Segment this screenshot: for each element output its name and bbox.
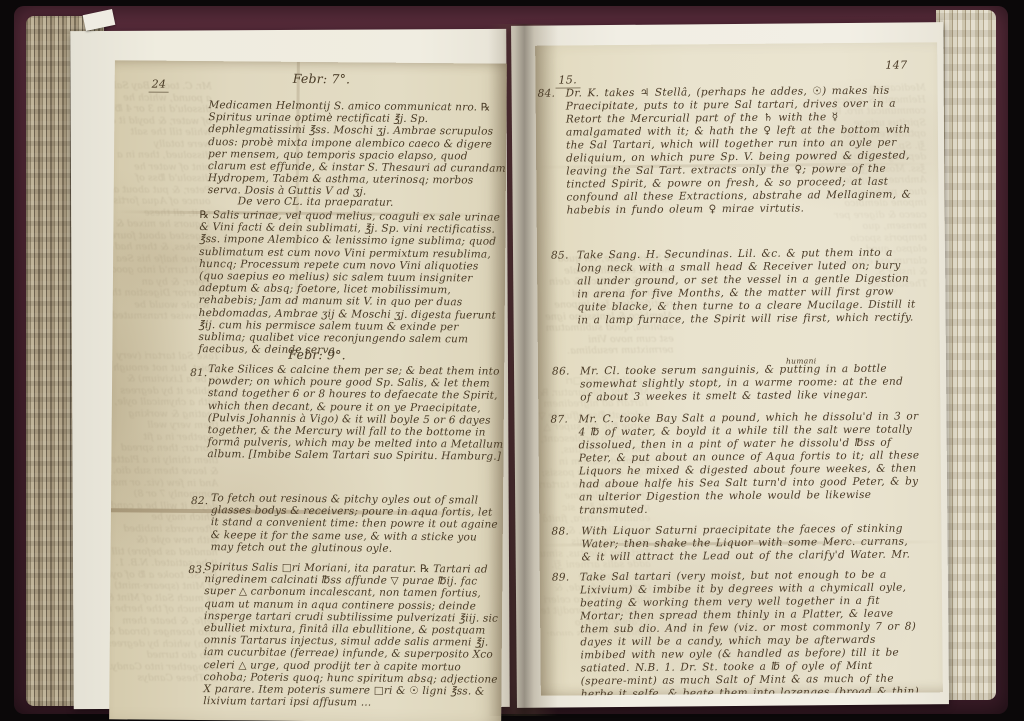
entry-number: 88. bbox=[551, 525, 569, 538]
entry-text-86: Mr. Cl. tooke serum sanguinis, & putting… bbox=[580, 362, 918, 404]
folio-number: 147 bbox=[885, 59, 907, 72]
entry-number: 83. bbox=[188, 564, 205, 576]
entry-number: 82. bbox=[191, 495, 208, 507]
entry-text-84: Dr. K. takes ♃ Stellâ, (perhaps he addes… bbox=[566, 84, 919, 217]
entry-number: 86. bbox=[552, 365, 570, 378]
entry-text-81: Take Silices & calcine them per se; & be… bbox=[207, 363, 504, 463]
entry-subheader: De vero CL. ita praeparatur. bbox=[238, 195, 394, 209]
ink-bleedthrough: Mr. C. tooke Bay Salt a pound, which he … bbox=[109, 80, 212, 341]
entry-number: 84. bbox=[538, 88, 556, 101]
entry-number: 89. bbox=[552, 571, 570, 584]
entry-text-medicamen: Medicamen Helmontij S. amico communicat … bbox=[208, 99, 507, 199]
date-header-feb9: Febr: 9°. bbox=[288, 349, 346, 362]
entry-text-88: With Liquor Saturni praecipitate the fae… bbox=[581, 522, 921, 564]
entry-number: 81. bbox=[190, 367, 207, 379]
entry-text-83: Spiritus Salis □ri Moriani, ita paratur.… bbox=[203, 561, 502, 710]
entry-text-85: Take Sang. H. Secundinas. Lil. &c. & put… bbox=[577, 246, 918, 327]
entry-number: 85. bbox=[551, 249, 569, 262]
page-number-right: 15. bbox=[555, 73, 580, 88]
manuscript-page-right: ℞ Salis urinae, vel quod melius, coaguli… bbox=[535, 42, 943, 695]
manuscript-page-left: Mr. C. tooke Bay Salt a pound, which he … bbox=[109, 60, 507, 721]
entry-text-87: Mr. C. tooke Bay Salt a pound, which he … bbox=[578, 410, 921, 517]
page-number-left: 24 bbox=[149, 79, 170, 93]
entry-number: 87. bbox=[550, 413, 568, 426]
date-header-feb7: Febr: 7°. bbox=[293, 73, 351, 86]
photograph-of-open-manuscript-book: Mr. C. tooke Bay Salt a pound, which he … bbox=[0, 0, 1024, 721]
entry-text-89: Take Sal tartari (very moist, but not en… bbox=[580, 568, 923, 695]
entry-text-recipe: ℞ Salis urinae, vel quod melius, coaguli… bbox=[198, 209, 505, 358]
entry-text-82: To fetch out resinous & pitchy oyles out… bbox=[211, 492, 504, 556]
